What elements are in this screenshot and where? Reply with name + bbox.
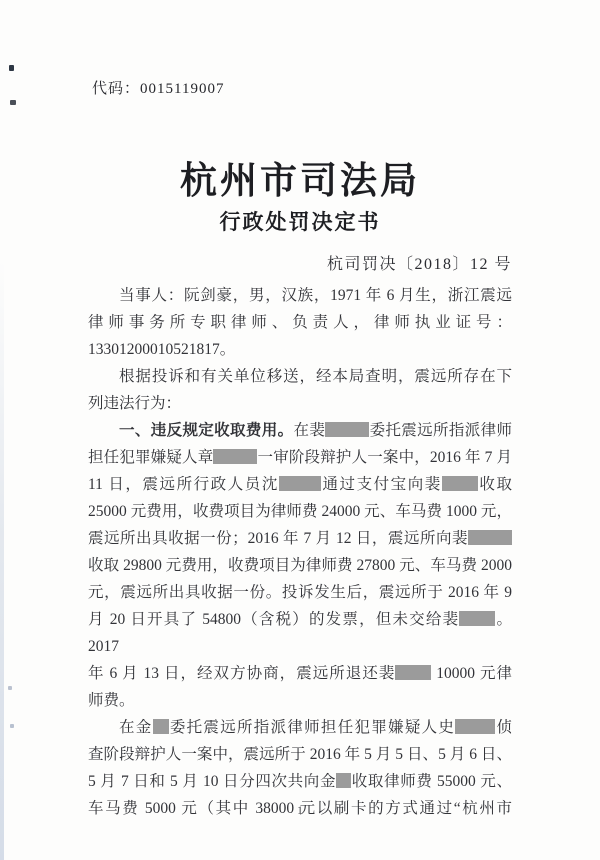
text-line: 律师事务所专职律师、负责人，律师执业证号： xyxy=(88,309,512,336)
text-segment: 担任犯罪嫌疑人章 xyxy=(88,449,213,466)
redaction-box xyxy=(279,476,321,491)
text-line: 11 日，震远所行政人员沈通过支付宝向裴收取 xyxy=(88,471,512,498)
text-segment: 收取 xyxy=(478,476,512,493)
text-line: 月 20 日开具了 54800（含税）的发票，但未交给裴。2017 xyxy=(88,606,512,660)
text-segment: 收取 29800 元费用，收费项目为律师费 27800 元、车马费 2000 xyxy=(88,557,512,574)
text-segment: 元，震远所出具收据一份。投诉发生后，震远所于 2016 年 9 xyxy=(88,584,512,601)
text-segment: 师费。 xyxy=(88,692,135,709)
text-line: 在金委托震远所指派律师担任犯罪嫌疑人史侦 xyxy=(88,714,512,741)
text-line: 25000 元费用，收费项目为律师费 24000 元、车马费 1000 元， xyxy=(88,498,512,525)
text-segment: 查阶段辩护人一案中，震远所于 2016 年 5 月 5 日、5 月 6 日、 xyxy=(88,746,512,763)
bold-text-segment: 一、违反规定收取费用。 xyxy=(119,422,293,439)
text-segment: 列违法行为： xyxy=(88,395,181,412)
text-line: 当事人：阮剑豪，男，汉族，1971 年 6 月生，浙江震远 xyxy=(88,282,512,309)
redaction-box xyxy=(468,530,512,545)
text-segment: 年 6 月 13 日，经双方协商，震远所退还裴 xyxy=(88,665,395,682)
text-line: 一、违反规定收取费用。在裴委托震远所指派律师 xyxy=(88,417,512,444)
text-segment: 当事人：阮剑豪，男，汉族，1971 年 6 月生，浙江震远 xyxy=(119,287,512,304)
text-line: 年 6 月 13 日，经双方协商，震远所退还裴 10000 元律 xyxy=(88,660,512,687)
text-segment: 25000 元费用，收费项目为律师费 24000 元、车马费 1000 元， xyxy=(88,503,512,520)
document-type-subtitle: 行政处罚决定书 xyxy=(0,206,600,236)
redaction-box xyxy=(153,719,169,734)
text-segment: 侦 xyxy=(495,719,512,736)
text-segment: 委托震远所指派律师 xyxy=(369,422,512,439)
text-segment: 律师事务所专职律师、负责人，律师执业证号： xyxy=(88,314,512,331)
scan-speck xyxy=(10,724,14,728)
paragraph-party-info: 当事人：阮剑豪，男，汉族，1971 年 6 月生，浙江震远律师事务所专职律师、负… xyxy=(88,282,512,363)
text-segment: 在裴 xyxy=(293,422,325,439)
text-segment: 收取律师费 55000 元、 xyxy=(351,773,512,790)
scan-speck xyxy=(9,65,14,71)
issuing-authority-title: 杭州市司法局 xyxy=(0,150,600,204)
text-line: 5 月 7 日和 5 月 10 日分四次共向金收取律师费 55000 元、 xyxy=(88,768,512,795)
redaction-box xyxy=(395,665,431,680)
scanned-document-page: 代码：0015119007 杭州市司法局 行政处罚决定书 杭司罚决〔2018〕1… xyxy=(0,0,600,860)
scan-edge-shadow xyxy=(0,260,4,860)
redaction-box xyxy=(336,773,351,788)
page-number: 1 xyxy=(0,803,600,818)
text-segment: 月 20 日开具了 54800（含税）的发票，但未交给裴 xyxy=(88,611,459,628)
paragraph-violation-1: 一、违反规定收取费用。在裴委托震远所指派律师担任犯罪嫌疑人章一审阶段辩护人一案中… xyxy=(88,417,512,714)
text-line: 收取 29800 元费用，收费项目为律师费 27800 元、车马费 2000 xyxy=(88,552,512,579)
text-segment: 13301200010521817。 xyxy=(88,341,235,358)
redaction-box xyxy=(442,476,478,491)
text-segment: 委托震远所指派律师担任犯罪嫌疑人史 xyxy=(169,719,456,736)
text-line: 元，震远所出具收据一份。投诉发生后，震远所于 2016 年 9 xyxy=(88,579,512,606)
paragraph-findings-intro: 根据投诉和有关单位移送，经本局查明，震远所存在下列违法行为： xyxy=(88,363,512,417)
text-segment: 10000 元律 xyxy=(431,665,512,682)
redaction-box xyxy=(325,422,369,437)
redaction-box xyxy=(213,449,257,464)
scan-speck xyxy=(10,100,16,105)
text-line: 查阶段辩护人一案中，震远所于 2016 年 5 月 5 日、5 月 6 日、 xyxy=(88,741,512,768)
text-line: 列违法行为： xyxy=(88,390,512,417)
text-segment: 根据投诉和有关单位移送，经本局查明，震远所存在下 xyxy=(119,368,512,385)
text-segment: 通过支付宝向裴 xyxy=(321,476,442,493)
text-segment: 震远所出具收据一份；2016 年 7 月 12 日，震远所向裴 xyxy=(88,530,468,547)
scan-speck xyxy=(8,686,12,690)
document-number: 杭司罚决〔2018〕12 号 xyxy=(327,251,512,274)
text-line: 根据投诉和有关单位移送，经本局查明，震远所存在下 xyxy=(88,363,512,390)
document-body: 当事人：阮剑豪，男，汉族，1971 年 6 月生，浙江震远律师事务所专职律师、负… xyxy=(88,282,512,822)
redaction-box xyxy=(459,611,495,626)
redaction-box xyxy=(455,719,495,734)
text-line: 震远所出具收据一份；2016 年 7 月 12 日，震远所向裴 xyxy=(88,525,512,552)
text-segment: 5 月 7 日和 5 月 10 日分四次共向金 xyxy=(88,773,336,790)
text-line: 师费。 xyxy=(88,687,512,714)
text-line: 担任犯罪嫌疑人章一审阶段辩护人一案中，2016 年 7 月 xyxy=(88,444,512,471)
text-segment: 在金 xyxy=(119,719,153,736)
text-line: 13301200010521817。 xyxy=(88,336,512,363)
text-segment: 11 日，震远所行政人员沈 xyxy=(88,476,279,493)
document-code: 代码：0015119007 xyxy=(92,77,224,98)
text-segment: 一审阶段辩护人一案中，2016 年 7 月 xyxy=(257,449,512,466)
